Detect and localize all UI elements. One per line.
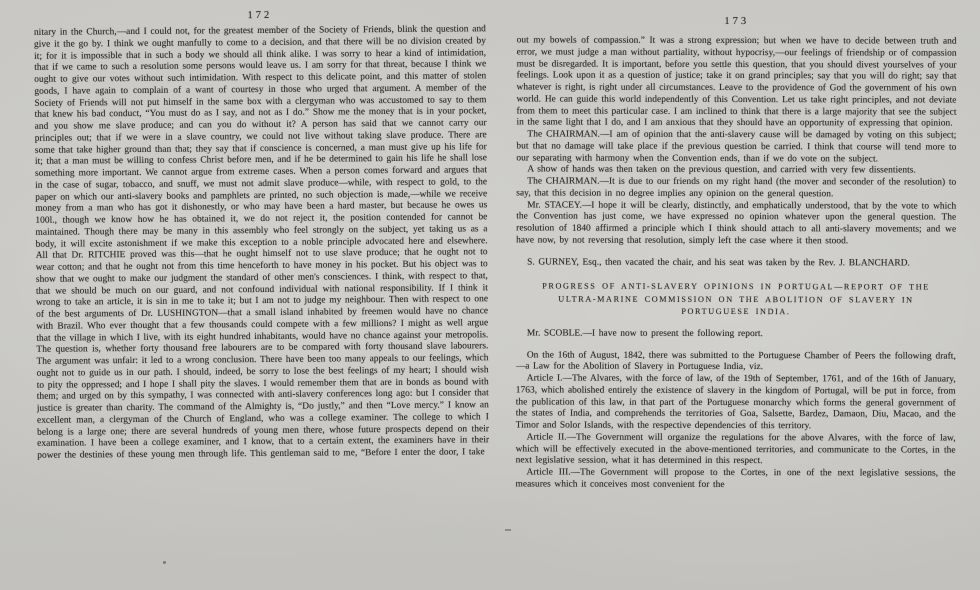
paragraph-gurney-chair-change: S. GURNEY, Esq., then vacated the chair,… bbox=[516, 257, 956, 270]
paragraph-chairman-1: The CHAIRMAN.—I am of opinion that the a… bbox=[516, 129, 956, 165]
paragraph-article-2: Article II.—The Government will organize… bbox=[516, 432, 956, 468]
left-page-text: nitary in the Church,—and I could not, f… bbox=[34, 24, 489, 462]
paragraph-stacey: Mr. STACEY.—I hope it will be clearly, d… bbox=[516, 200, 956, 248]
left-page: 172 nitary in the Church,—and I could no… bbox=[34, 8, 490, 584]
scan-artifact-dot bbox=[163, 561, 166, 564]
section-heading: PROGRESS OF ANTI-SLAVERY OPINIONS IN POR… bbox=[516, 281, 956, 320]
paragraph-portuguese-draft-intro: On the 16th of August, 1842, there was s… bbox=[516, 350, 956, 375]
paragraph-article-1: Article I.—The Alvares, with the force o… bbox=[516, 373, 956, 433]
scan-artifact-dash bbox=[505, 529, 511, 531]
left-page-number: 172 bbox=[34, 8, 486, 23]
paragraph-article-3: Article III.—The Government will propose… bbox=[516, 467, 956, 492]
paragraph-chairman-2: The CHAIRMAN.—It is due to our friends o… bbox=[516, 176, 956, 201]
paragraph-scoble: Mr. SCOBLE.—I have now to present the fo… bbox=[516, 328, 956, 341]
paragraph-continuation: out my bowels of compassion.” It was a s… bbox=[516, 35, 956, 130]
right-page: 173 out my bowels of compassion.” It was… bbox=[515, 15, 956, 586]
book-scan: 172 nitary in the Church,—and I could no… bbox=[0, 0, 980, 590]
right-page-number: 173 bbox=[517, 15, 957, 27]
